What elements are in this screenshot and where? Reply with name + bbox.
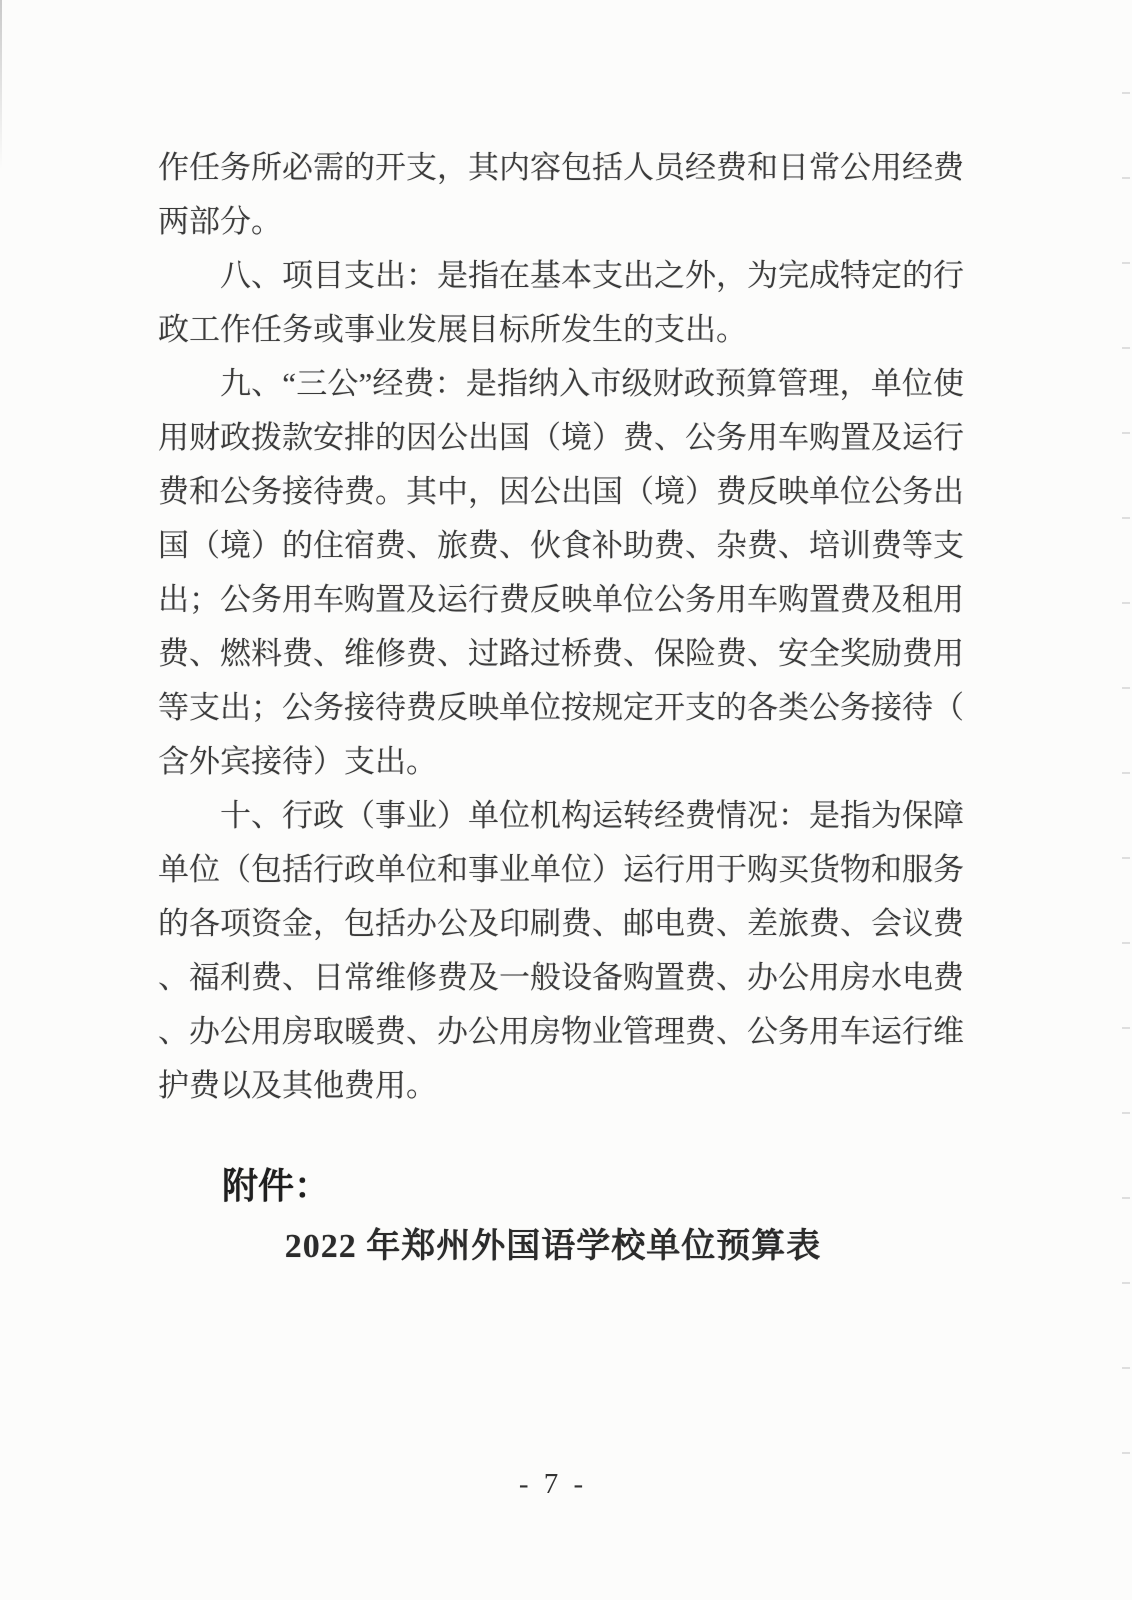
scan-tick [1122, 772, 1130, 774]
text-line: 等支出；公务接待费反映单位按规定开支的各类公务接待（ [158, 681, 964, 735]
page-number: - 7 - [0, 1466, 1106, 1502]
text-line: 护费以及其他费用。 [158, 1059, 964, 1113]
text-line: 费、燃料费、维修费、过路过桥费、保险费、安全奖励费用 [158, 627, 964, 681]
document-page: 作任务所必需的开支，其内容包括人员经费和日常公用经费两部分。八、项目支出：是指在… [0, 0, 1132, 1600]
text-line: 、办公用房取暖费、办公用房物业管理费、公务用车运行维 [158, 1005, 964, 1059]
attachment-title: 2022 年郑州外国语学校单位预算表 [0, 1224, 1106, 1270]
text-line: 两部分。 [158, 195, 964, 249]
text-line: 出；公务用车购置及运行费反映单位公务用车购置费及租用 [158, 573, 964, 627]
text-line: 八、项目支出：是指在基本支出之外，为完成特定的行 [158, 249, 964, 303]
text-line: 费和公务接待费。其中，因公出国（境）费反映单位公务出 [158, 465, 964, 519]
scan-tick [1122, 517, 1130, 519]
scan-tick [1122, 262, 1130, 264]
scan-edge-ticks [1120, 0, 1132, 1600]
scan-tick [1122, 432, 1130, 434]
attachment-label: 附件： [222, 1163, 330, 1209]
paragraph: 九、“三公”经费：是指纳入市级财政预算管理，单位使用财政拨款安排的因公出国（境）… [158, 357, 964, 789]
paragraph: 八、项目支出：是指在基本支出之外，为完成特定的行政工作任务或事业发展目标所发生的… [158, 249, 964, 357]
scan-tick [1122, 687, 1130, 689]
scan-tick [1122, 347, 1130, 349]
scan-tick [1122, 1027, 1130, 1029]
scan-tick [1122, 92, 1130, 94]
text-line: 用财政拨款安排的因公出国（境）费、公务用车购置及运行 [158, 411, 964, 465]
text-line: 政工作任务或事业发展目标所发生的支出。 [158, 303, 964, 357]
scan-tick [1122, 1282, 1130, 1284]
scan-tick [1122, 857, 1130, 859]
text-line: 单位（包括行政单位和事业单位）运行用于购买货物和服务 [158, 843, 964, 897]
text-line: 国（境）的住宿费、旅费、伙食补助费、杂费、培训费等支 [158, 519, 964, 573]
document-body: 作任务所必需的开支，其内容包括人员经费和日常公用经费两部分。八、项目支出：是指在… [158, 141, 964, 1113]
scan-tick [1122, 1367, 1130, 1369]
text-line: 含外宾接待）支出。 [158, 735, 964, 789]
scan-tick [1122, 602, 1130, 604]
text-line: 的各项资金，包括办公及印刷费、邮电费、差旅费、会议费 [158, 897, 964, 951]
scan-tick [1122, 1112, 1130, 1114]
scan-tick [1122, 942, 1130, 944]
text-line: 十、行政（事业）单位机构运转经费情况：是指为保障 [158, 789, 964, 843]
scan-edge-artifact [0, 0, 2, 170]
paragraph: 作任务所必需的开支，其内容包括人员经费和日常公用经费两部分。 [158, 141, 964, 249]
scan-tick [1122, 1452, 1130, 1454]
text-line: 、福利费、日常维修费及一般设备购置费、办公用房水电费 [158, 951, 964, 1005]
text-line: 作任务所必需的开支，其内容包括人员经费和日常公用经费 [158, 141, 964, 195]
scan-tick [1122, 177, 1130, 179]
text-line: 九、“三公”经费：是指纳入市级财政预算管理，单位使 [158, 357, 964, 411]
scan-tick [1122, 1197, 1130, 1199]
paragraph: 十、行政（事业）单位机构运转经费情况：是指为保障单位（包括行政单位和事业单位）运… [158, 789, 964, 1113]
